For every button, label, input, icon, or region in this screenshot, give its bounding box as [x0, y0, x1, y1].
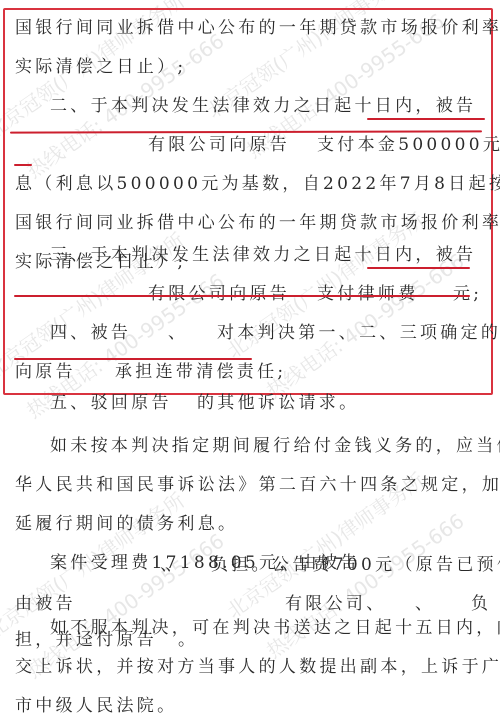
- text-line: 息（利息以500000元为基数，自2022年7月8日起按照同期全: [15, 172, 487, 196]
- text-segment: 由被告: [15, 592, 76, 616]
- text-segment: 有限公司向原告: [148, 282, 290, 306]
- text-segment: 元;: [453, 282, 482, 306]
- text-line: 华人民共和国民事诉讼法》第二百六十四条之规定，加倍支付迟: [15, 473, 487, 497]
- text-segment: 支付律师费: [317, 282, 419, 306]
- text-segment: 负担。公告费700元（原告已预付），: [211, 553, 500, 577]
- text-segment: 支付本金500000元及利: [317, 133, 500, 157]
- red-underline: [367, 118, 485, 120]
- text-line: 有限公司向原告 支付律师费 元;: [15, 282, 487, 306]
- text-line: 由被告 有限公司、 、 负: [15, 592, 487, 616]
- judgment-item-3: 三、于本判决发生法律效力之日起十日内，被告: [50, 243, 500, 267]
- text-line: 延履行期间的债务利息。: [15, 512, 487, 536]
- text-line: 实际清偿之日止）;: [15, 55, 487, 79]
- red-underline: [14, 164, 32, 166]
- text-line: 市中级人民法院。: [15, 694, 487, 718]
- text-line: 、 、 负担。公告费700元（原告已预付），: [15, 553, 487, 577]
- text-line: 如未按本判决指定期间履行给付金钱义务的，应当依照《中: [50, 434, 500, 458]
- text-segment: 有限公司、: [285, 592, 387, 616]
- text-segment: 向原告: [15, 360, 76, 384]
- text-line: 如不服本判决，可在判决书送达之日起十五日内，向本院递: [50, 616, 500, 640]
- text-line: 向原告 承担连带清偿责任;: [15, 360, 487, 384]
- text-line: 有限公司向原告 支付本金500000元及利: [15, 133, 487, 157]
- text-segment: 、: [168, 321, 188, 345]
- text-line: 国银行间同业拆借中心公布的一年期贷款市场报价利率四倍计至: [15, 211, 487, 235]
- text-segment: 五、驳回原告: [50, 391, 172, 415]
- judgment-item-4: 四、被告 、 对本判决第一、二、三项确定的债务: [15, 321, 487, 345]
- text-line: 交上诉状，并按对方当事人的人数提出副本，上诉于广东省广州: [15, 655, 487, 679]
- text-segment: 对本判决第一、二、三项确定的债务: [217, 321, 500, 345]
- text-segment: 负: [471, 592, 491, 616]
- text-segment: 承担连带清偿责任;: [115, 360, 286, 384]
- text-segment: 四、被告: [50, 321, 131, 345]
- text-segment: 的其他诉讼请求。: [197, 391, 359, 415]
- text-line: 国银行间同业拆借中心公布的一年期贷款市场报价利率四倍计至: [15, 16, 487, 40]
- text-segment: 、: [415, 592, 435, 616]
- text-segment: 有限公司向原告: [148, 133, 290, 157]
- red-underline: [14, 358, 252, 360]
- text-segment: 、: [165, 553, 185, 577]
- judgment-document-page: 北京冠领(广州)律师事务所 热线电话: 400-9955-666 北京冠领(广州…: [0, 0, 500, 724]
- red-underline: [367, 267, 470, 269]
- judgment-item-5: 五、驳回原告 的其他诉讼请求。: [15, 391, 487, 415]
- judgment-item-2: 二、于本判决发生法律效力之日起十日内，被告: [50, 94, 500, 118]
- red-underline: [14, 295, 470, 297]
